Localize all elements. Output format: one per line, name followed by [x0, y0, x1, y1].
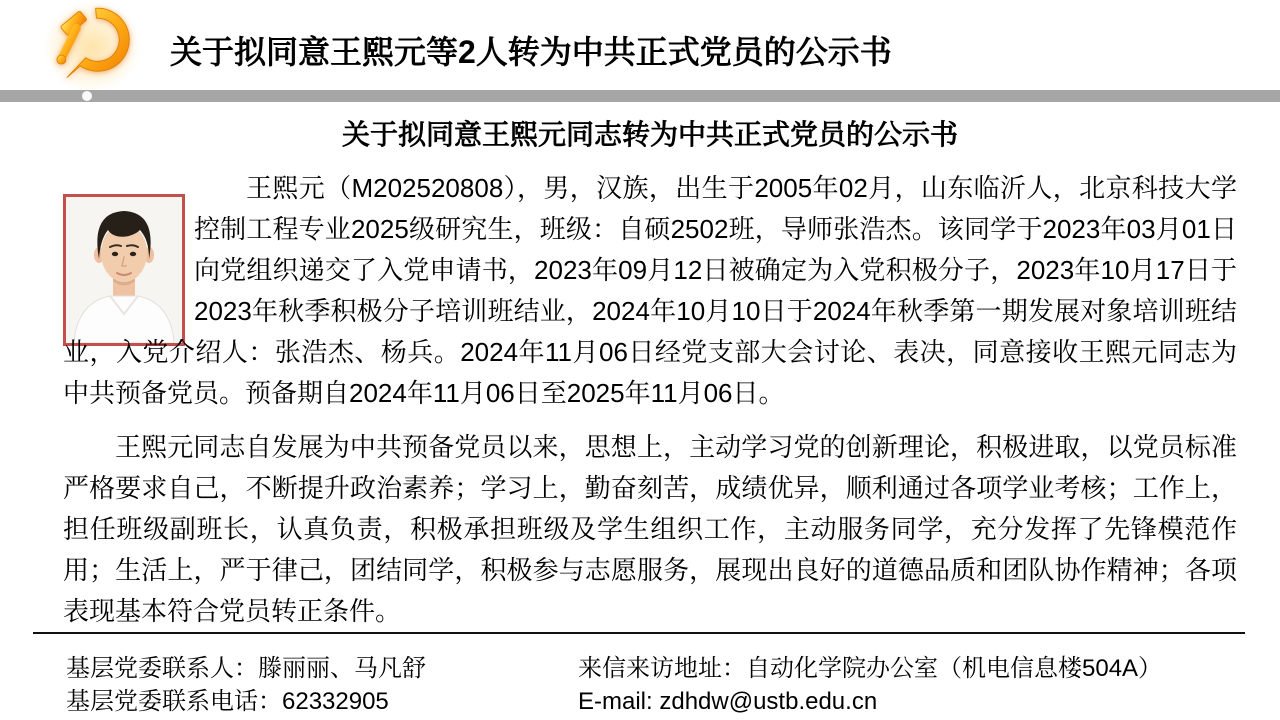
contact-footer: 基层党委联系人：滕丽丽、马凡舒 基层党委联系电话：62332905 来信来访地址…	[66, 652, 1237, 718]
paragraph-biography: 王熙元（M202520808），男，汉族，出生于2005年02月，山东临沂人，北…	[63, 168, 1237, 414]
document-title: 关于拟同意王熙元同志转为中共正式党员的公示书	[63, 118, 1237, 152]
bullet-dot-icon	[82, 91, 92, 101]
paragraph-evaluation: 王熙元同志自发展为中共预备党员以来，思想上，主动学习党的创新理论，积极进取，以党…	[63, 427, 1237, 632]
footer-divider	[33, 632, 1245, 634]
party-emblem-icon	[44, 2, 140, 92]
contact-person: 基层党委联系人：滕丽丽、马凡舒	[66, 652, 578, 685]
slide-header: 关于拟同意王熙元等2人转为中共正式党员的公示书	[0, 0, 1280, 90]
contact-address: 来信来访地址：自动化学院办公室（机电信息楼504A）	[578, 652, 1237, 685]
document-body: 关于拟同意王熙元同志转为中共正式党员的公示书	[63, 108, 1237, 632]
header-title: 关于拟同意王熙元等2人转为中共正式党员的公示书	[170, 33, 892, 71]
contact-right-column: 来信来访地址：自动化学院办公室（机电信息楼504A） E-mail: zdhdw…	[578, 652, 1237, 718]
contact-left-column: 基层党委联系人：滕丽丽、马凡舒 基层党委联系电话：62332905	[66, 652, 578, 718]
contact-phone: 基层党委联系电话：62332905	[66, 685, 578, 718]
contact-email: E-mail: zdhdw@ustb.edu.cn	[578, 685, 1237, 718]
divider-bar	[0, 90, 1280, 102]
portrait-photo	[63, 194, 185, 346]
announcement-page: 关于拟同意王熙元等2人转为中共正式党员的公示书 关于拟同意王熙元同志转为中共正式…	[0, 0, 1280, 720]
